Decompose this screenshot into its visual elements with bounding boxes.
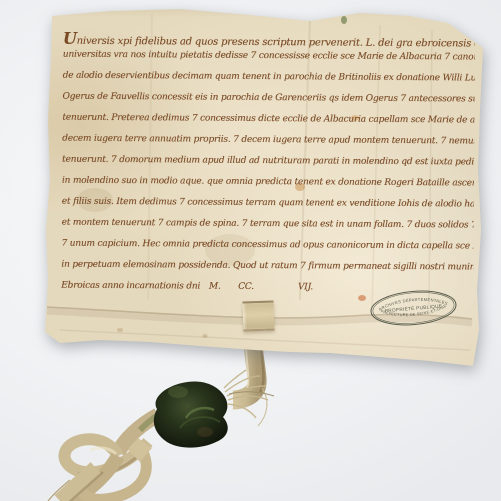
manuscript-line: tenuerunt. Preterea dedimus 7 concessimu… xyxy=(62,113,474,137)
manuscript-line: 7 unum capicium. Hec omnia predicta conc… xyxy=(61,239,473,263)
manuscript-line: decem iugera terre annuatim propriis. 7 … xyxy=(62,134,474,158)
manuscript-line: universitas vra nos intuitu pietatis ded… xyxy=(63,50,475,74)
manuscript-text: Universis xpi fidelibus ad quos presens … xyxy=(61,29,475,305)
manuscript-line: Universis xpi fidelibus ad quos presens … xyxy=(63,29,475,53)
manuscript-line: in perpetuam elemosinam possidenda. Quod… xyxy=(61,260,473,284)
stain xyxy=(117,328,123,332)
stain-green xyxy=(341,16,347,24)
manuscript-line: tenuerunt. 7 domorum medium apud illud a… xyxy=(62,155,474,179)
manuscript-line: et montem tenuerunt 7 campis de spina. 7… xyxy=(61,218,473,242)
parchment-shadow: Universis xpi fidelibus ad quos presens … xyxy=(0,0,501,501)
ribbon-tab xyxy=(242,300,274,331)
stain xyxy=(203,334,208,338)
manuscript-line: Ogerus de Fauvellis concessit eis in par… xyxy=(62,92,474,116)
parchment: Universis xpi fidelibus ad quos presens … xyxy=(0,0,501,501)
manuscript-line: in molendino suo in modio aque. que omni… xyxy=(62,176,474,200)
photo-backdrop: Universis xpi fidelibus ad quos presens … xyxy=(0,0,501,501)
manuscript-line: et filiis suis. Item dedimus 7 concessim… xyxy=(62,197,474,221)
archive-stamp: ARCHIVES DÉPARTEMENTALES PROPRIÉTÉ PUBLI… xyxy=(365,286,463,330)
manuscript-line: de alodio deservientibus decimam quam te… xyxy=(63,71,475,95)
crease xyxy=(60,330,470,350)
archive-stamp-svg: ARCHIVES DÉPARTEMENTALES PROPRIÉTÉ PUBLI… xyxy=(365,286,463,330)
